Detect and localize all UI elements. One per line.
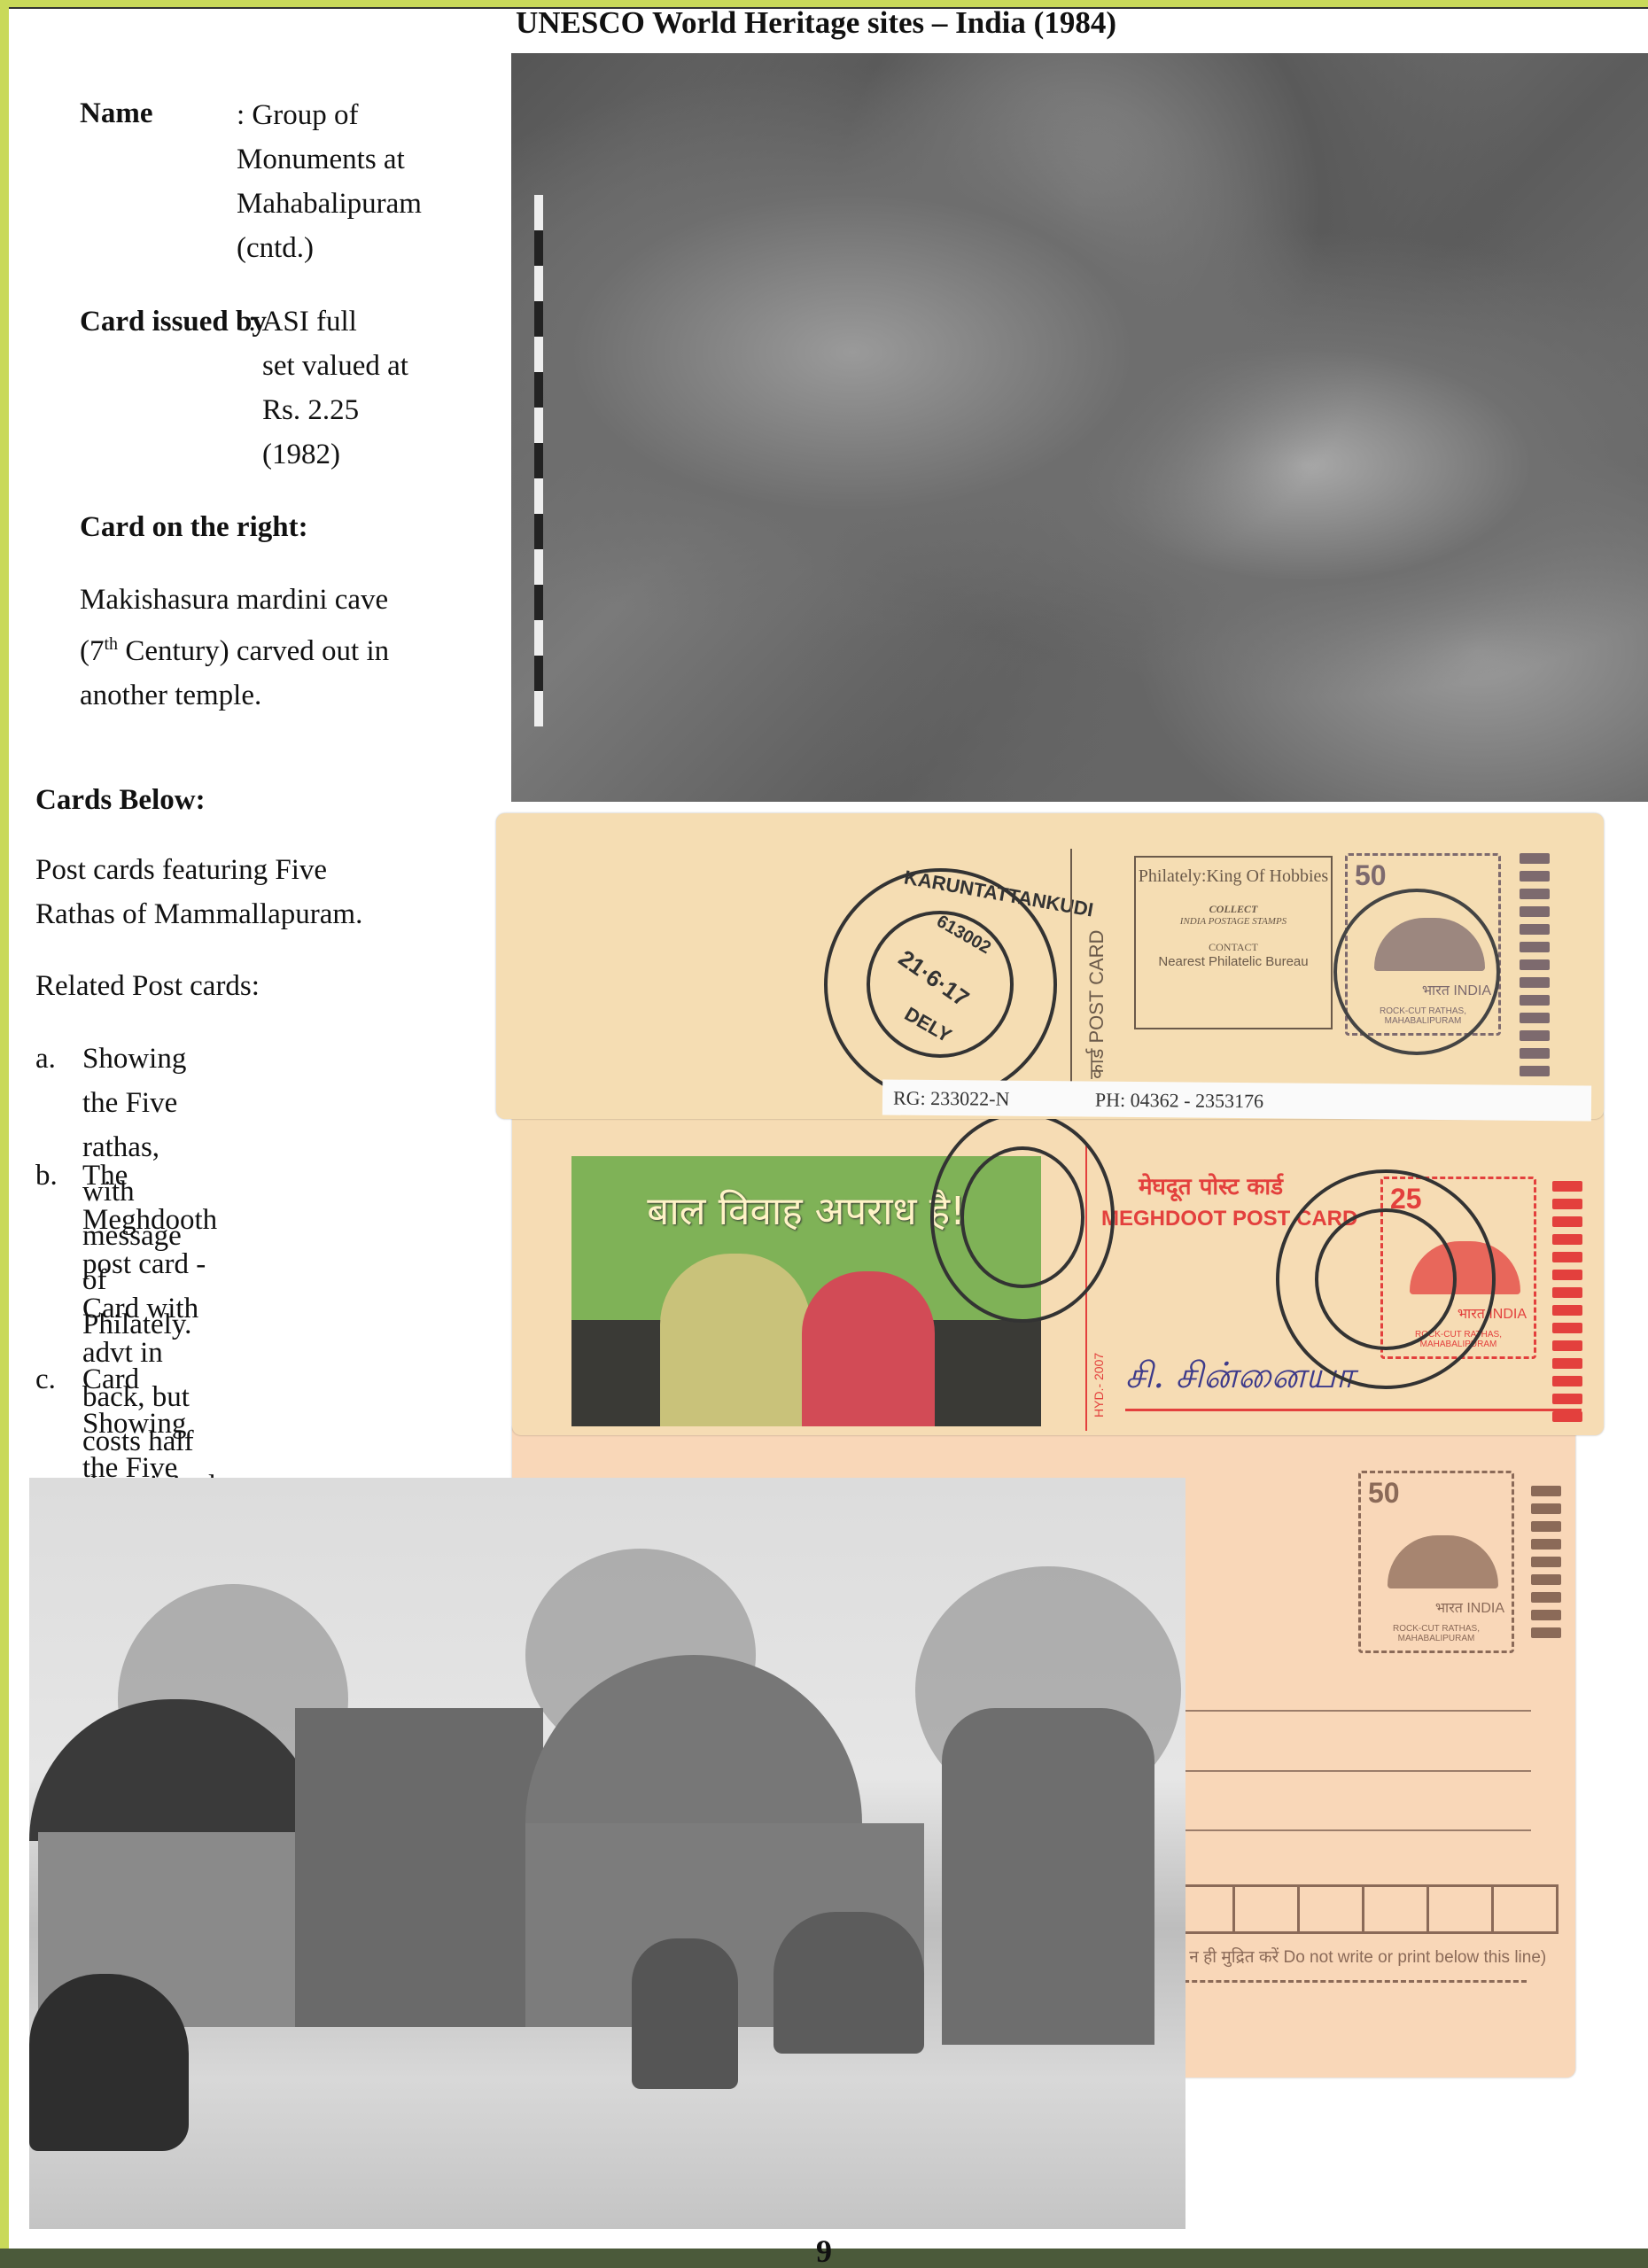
page-title: UNESCO World Heritage sites – India (198… <box>0 5 1648 41</box>
address-line-red <box>1125 1409 1582 1411</box>
postmark-meghdoot <box>1276 1169 1496 1389</box>
barcode-bars-red <box>1552 1181 1582 1429</box>
pin-code-boxes <box>1168 1884 1559 1934</box>
issued-value: : ASI full set valued at Rs. 2.25 (1982) <box>248 299 408 477</box>
measurement-scale <box>534 195 543 726</box>
imprinted-stamp-50: 50 भारत INDIA ROCK-CUT RATHAS, MAHABALIP… <box>1358 1471 1514 1653</box>
advt-boy-figure <box>802 1271 935 1426</box>
cards-below-intro: Post cards featuring Five Rathas of Mamm… <box>35 848 362 936</box>
mahishasura-mardini-carving-photo <box>511 53 1648 802</box>
name-label: Name <box>80 97 152 130</box>
print-code: HYD.- 2007 <box>1092 1353 1106 1417</box>
postcard-divider <box>1070 849 1072 1101</box>
do-not-write-note: ीर न ही मुद्रित करें Do not write or pri… <box>1163 1945 1546 1968</box>
label-rg: RG: 233022-N <box>893 1087 1010 1111</box>
address-line <box>1185 1710 1531 1712</box>
five-rathas-photo <box>29 1478 1185 2229</box>
page-number: 9 <box>0 2238 1648 2264</box>
meghdoot-title-hindi: मेघदूत पोस्ट कार्ड <box>1139 1169 1283 1201</box>
barcode-bars <box>1531 1486 1561 1645</box>
address-line <box>1185 1770 1531 1772</box>
name-value: : Group of Monuments at Mahabalipuram (c… <box>237 93 422 270</box>
post-card-vertical-label: कार्ड POST CARD <box>1083 930 1109 1079</box>
barcode-bars <box>1520 853 1550 1084</box>
address-label-strip: RG: 233022-N PH: 04362 - 2353176 <box>882 1080 1591 1122</box>
postmark-on-stamp <box>1333 889 1500 1055</box>
issued-label: Card issued by <box>80 306 267 338</box>
right-card-description: Makishasura mardini cave (7th Century) c… <box>80 578 389 718</box>
dashed-line <box>1168 1980 1527 1983</box>
philately-promo-box: Philately:King Of Hobbies COLLECT INDIA … <box>1134 856 1333 1029</box>
address-line <box>1185 1829 1531 1831</box>
advt-girl-figure <box>660 1254 811 1426</box>
cards-below-heading: Cards Below: <box>35 784 206 817</box>
postcard-philately-message: KARUNTATTANKUDI 613002 21·6·17 DELY कार्… <box>496 813 1604 1119</box>
right-card-heading: Card on the right: <box>80 511 308 544</box>
related-cards-label: Related Post cards: <box>35 964 260 1008</box>
label-phone: PH: 04362 - 2353176 <box>1095 1089 1263 1114</box>
postmark-karuntattankudi: KARUNTATTANKUDI 613002 21·6·17 DELY <box>824 868 1057 1101</box>
postmark-advt-side <box>930 1112 1115 1323</box>
ratha-illustration <box>1388 1535 1498 1588</box>
